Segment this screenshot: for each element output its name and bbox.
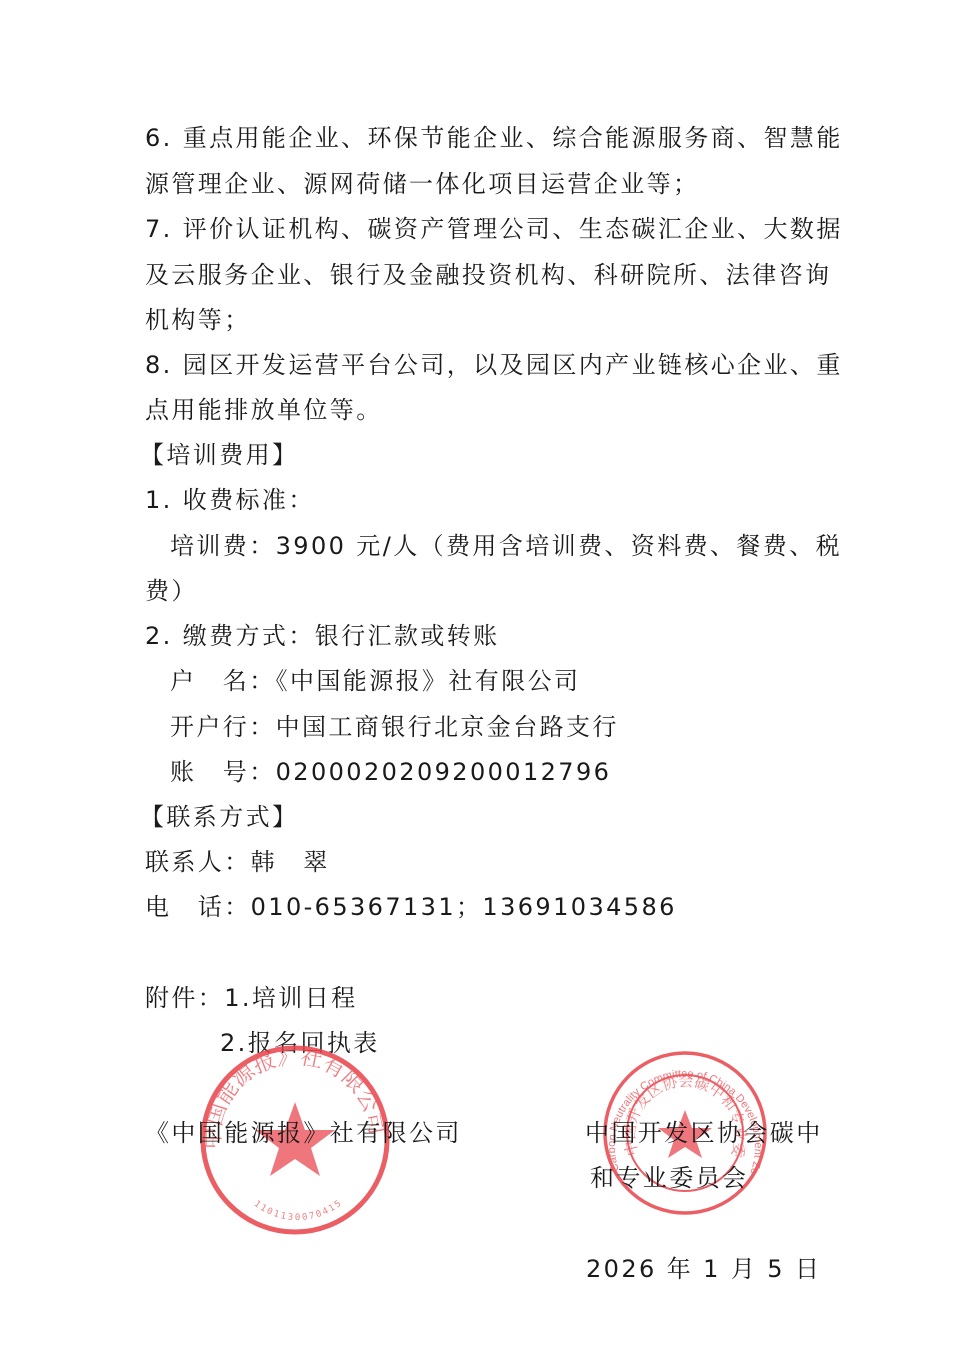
- list-item-7-line3: 机构等；: [145, 305, 251, 335]
- account-name: 户 名：《中国能源报》社有限公司: [170, 666, 580, 696]
- right-signatory-line1: 中国开发区协会碳中: [585, 1118, 823, 1148]
- svg-text:1101130070415: 1101130070415: [252, 1198, 345, 1223]
- right-signatory-line2: 和专业委员会: [590, 1163, 748, 1193]
- left-signatory: 《中国能源报》社有限公司: [145, 1118, 462, 1148]
- contact-phone: 电 话：010-65367131；13691034586: [145, 892, 677, 922]
- fee-standard-detail: 培训费：3900 元/人（费用含培训费、资料费、餐费、税: [170, 531, 842, 561]
- list-item-6-line2: 源管理企业、源网荷储一体化项目运营企业等；: [145, 169, 699, 199]
- fee-standard-detail-cont: 费）: [145, 576, 198, 606]
- document-date: 2026 年 1 月 5 日: [586, 1254, 821, 1284]
- contact-heading: 【联系方式】: [140, 802, 298, 832]
- attachment-2: 2.报名回执表: [220, 1028, 380, 1058]
- fee-standard-label: 1. 收费标准：: [145, 485, 315, 515]
- svg-text:Carbon Neutrality Committee of: Carbon Neutrality Committee of China Dev…: [600, 1048, 764, 1176]
- list-item-7-line2: 及云服务企业、银行及金融投资机构、科研院所、法律咨询: [145, 260, 831, 290]
- list-item-8-line2: 点用能排放单位等。: [145, 395, 383, 425]
- account-number: 账 号：0200020209200012796: [170, 757, 611, 787]
- contact-person: 联系人：韩 翠: [145, 847, 330, 877]
- fees-heading: 【培训费用】: [140, 440, 298, 470]
- list-item-6-line1: 6. 重点用能企业、环保节能企业、综合能源服务商、智慧能: [145, 123, 843, 153]
- document-page: 6. 重点用能企业、环保节能企业、综合能源服务商、智慧能 源管理企业、源网荷储一…: [0, 0, 960, 1351]
- list-item-7-line1: 7. 评价认证机构、碳资产管理公司、生态碳汇企业、大数据: [145, 214, 843, 244]
- bank-name: 开户行：中国工商银行北京金台路支行: [170, 712, 619, 742]
- list-item-8-line1: 8. 园区开发运营平台公司，以及园区内产业链核心企业、重: [145, 350, 843, 380]
- attachments-label: 附件：1.培训日程: [145, 983, 358, 1013]
- payment-method: 2. 缴费方式：银行汇款或转账: [145, 621, 500, 651]
